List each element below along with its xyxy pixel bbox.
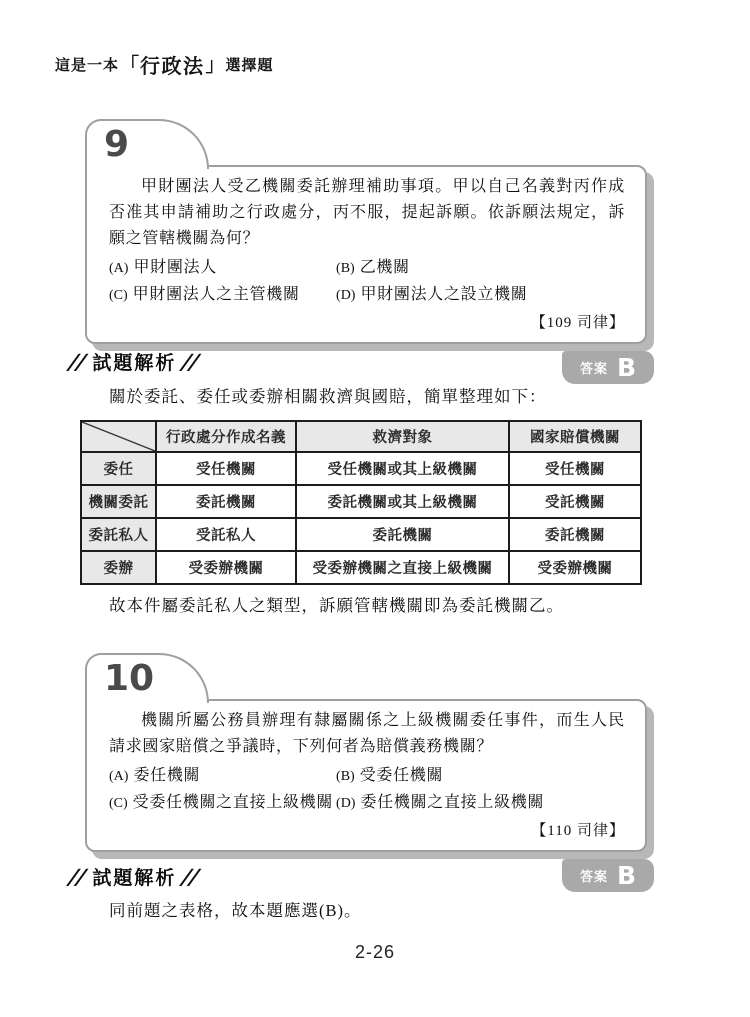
table-cell: 受委辦機關: [509, 551, 641, 584]
row-header: 機關委託: [81, 485, 156, 518]
option-d-text: 甲財團法人之設立機關: [360, 286, 527, 303]
options-grid: (A)委任機關 (B)受委任機關 (C)受委任機關之直接上級機關 (D)委任機關…: [109, 763, 625, 817]
option-a-text: 委任機關: [133, 767, 200, 784]
option-c-text: 甲財團法人之主管機關: [133, 286, 300, 303]
table-cell: 委託機關: [296, 518, 509, 551]
option-a: (A)委任機關: [109, 763, 336, 790]
option-c-text: 受委任機關之直接上級機關: [133, 794, 333, 811]
option-a: (A)甲財團法人: [109, 255, 336, 282]
exam-source: 【110 司律】: [109, 820, 625, 842]
slash-decoration: //: [181, 350, 201, 374]
option-d-text: 委任機關之直接上級機關: [360, 794, 544, 811]
diagonal-header-cell: [81, 421, 156, 452]
option-c-label: (C): [109, 796, 128, 811]
analysis-title: 試題解析: [92, 348, 176, 375]
book-header-suffix: 選擇題: [226, 54, 274, 75]
answer-badge: 答案 B: [562, 859, 654, 892]
option-a-text: 甲財團法人: [133, 259, 217, 276]
option-c-label: (C): [109, 288, 128, 303]
answer-letter: B: [617, 355, 636, 380]
table-row: 委辦 受委辦機關 受委辦機關之直接上級機關 受委辦機關: [81, 551, 641, 584]
option-b: (B)乙機關: [336, 255, 625, 282]
slash-decoration: //: [67, 865, 87, 889]
slash-decoration: //: [67, 350, 87, 374]
table-cell: 受任機關或其上級機關: [296, 452, 509, 485]
question-number: 10: [104, 655, 154, 703]
column-header: 救濟對象: [296, 421, 509, 452]
question-card-9: 9 甲財團法人受乙機關委託辦理補助事項。甲以自己名義對丙作成否准其申請補助之行政…: [85, 165, 647, 344]
option-b-text: 受委任機關: [360, 767, 444, 784]
row-header: 委辦: [81, 551, 156, 584]
option-c: (C)甲財團法人之主管機關: [109, 282, 336, 309]
analysis-heading: // 試題解析 //: [70, 863, 199, 890]
table-cell: 委託機關或其上級機關: [296, 485, 509, 518]
table-cell: 受託私人: [156, 518, 296, 551]
table-header-row: 行政處分作成名義 救濟對象 國家賠償機關: [81, 421, 641, 452]
analysis-title: 試題解析: [92, 863, 176, 890]
remedy-summary-table: 行政處分作成名義 救濟對象 國家賠償機關 委任 受任機關 受任機關或其上級機關 …: [80, 420, 642, 585]
question-text: 機關所屬公務員辦理有隸屬關係之上級機關委任事件，而生人民請求國家賠償之爭議時，下…: [109, 708, 625, 760]
table-row: 委託私人 受託私人 委託機關 委託機關: [81, 518, 641, 551]
option-b-label: (B): [336, 769, 355, 784]
table-cell: 受委辦機關之直接上級機關: [296, 551, 509, 584]
table-cell: 受委辦機關: [156, 551, 296, 584]
row-header: 委託私人: [81, 518, 156, 551]
answer-letter: B: [617, 863, 636, 888]
table-cell: 委託機關: [156, 485, 296, 518]
slash-decoration: //: [181, 865, 201, 889]
column-header: 國家賠償機關: [509, 421, 641, 452]
question-card-10: 10 機關所屬公務員辦理有隸屬關係之上級機關委任事件，而生人民請求國家賠償之爭議…: [85, 699, 647, 852]
option-d: (D)甲財團法人之設立機關: [336, 282, 625, 309]
table-cell: 受託機關: [509, 485, 641, 518]
answer-badge: 答案 B: [562, 351, 654, 384]
analysis-heading: // 試題解析 //: [70, 348, 199, 375]
answer-badge-label: 答案: [580, 358, 608, 377]
table-row: 委任 受任機關 受任機關或其上級機關 受任機關: [81, 452, 641, 485]
option-b-label: (B): [336, 261, 355, 276]
analysis-intro: 關於委託、委任或委辦相關救濟與國賠，簡單整理如下：: [76, 383, 648, 410]
option-d-label: (D): [336, 288, 355, 303]
option-d-label: (D): [336, 796, 355, 811]
option-a-label: (A): [109, 261, 128, 276]
question-number-tab: 10: [85, 653, 209, 703]
option-b-text: 乙機關: [360, 259, 410, 276]
exam-source: 【109 司律】: [109, 312, 625, 334]
option-d: (D)委任機關之直接上級機關: [336, 790, 625, 817]
book-header-prefix: 這是一本: [55, 54, 119, 75]
table-cell: 受任機關: [156, 452, 296, 485]
table-cell: 受任機關: [509, 452, 641, 485]
question-text: 甲財團法人受乙機關委託辦理補助事項。甲以自己名義對丙作成否准其申請補助之行政處分…: [109, 174, 625, 252]
option-c: (C)受委任機關之直接上級機關: [109, 790, 336, 817]
analysis-note: 同前題之表格，故本題應選(B)。: [76, 897, 648, 924]
book-title: 行政法: [140, 50, 205, 79]
option-b: (B)受委任機關: [336, 763, 625, 790]
table-row: 機關委託 委託機關 委託機關或其上級機關 受託機關: [81, 485, 641, 518]
table-cell: 委託機關: [509, 518, 641, 551]
page-number: 2-26: [0, 942, 750, 963]
open-bracket-decoration: 「: [120, 50, 139, 77]
book-header: 這是一本 「 行政法 」 選擇題: [55, 50, 274, 79]
answer-badge-label: 答案: [580, 866, 608, 885]
row-header: 委任: [81, 452, 156, 485]
diagonal-line: [82, 422, 155, 451]
question-number-tab: 9: [85, 119, 209, 169]
analysis-conclusion: 故本件屬委託私人之類型，訴願管轄機關即為委託機關乙。: [76, 592, 648, 619]
option-a-label: (A): [109, 769, 128, 784]
column-header: 行政處分作成名義: [156, 421, 296, 452]
close-bracket-decoration: 」: [206, 50, 225, 77]
question-number: 9: [104, 121, 129, 169]
options-grid: (A)甲財團法人 (B)乙機關 (C)甲財團法人之主管機關 (D)甲財團法人之設…: [109, 255, 625, 309]
